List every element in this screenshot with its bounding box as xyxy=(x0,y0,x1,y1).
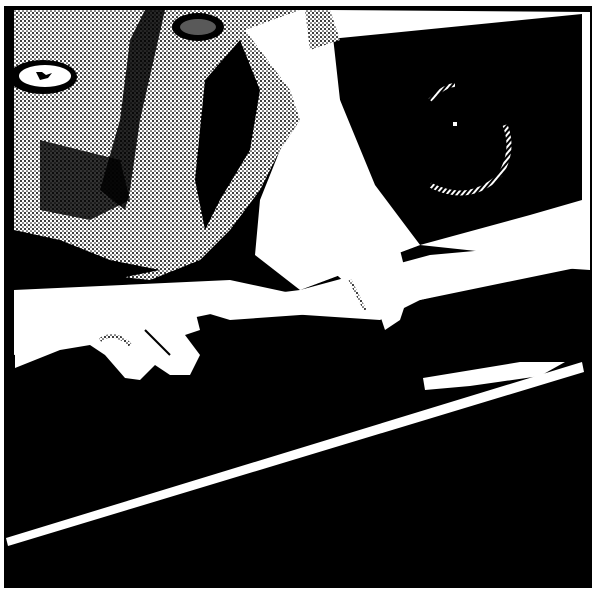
shirt-patch-top xyxy=(172,13,224,41)
photo-canvas xyxy=(0,0,608,592)
halftone-photo: Black-and-white halftone photo of a pers… xyxy=(0,0,608,592)
shirt-patch-left xyxy=(9,60,77,94)
